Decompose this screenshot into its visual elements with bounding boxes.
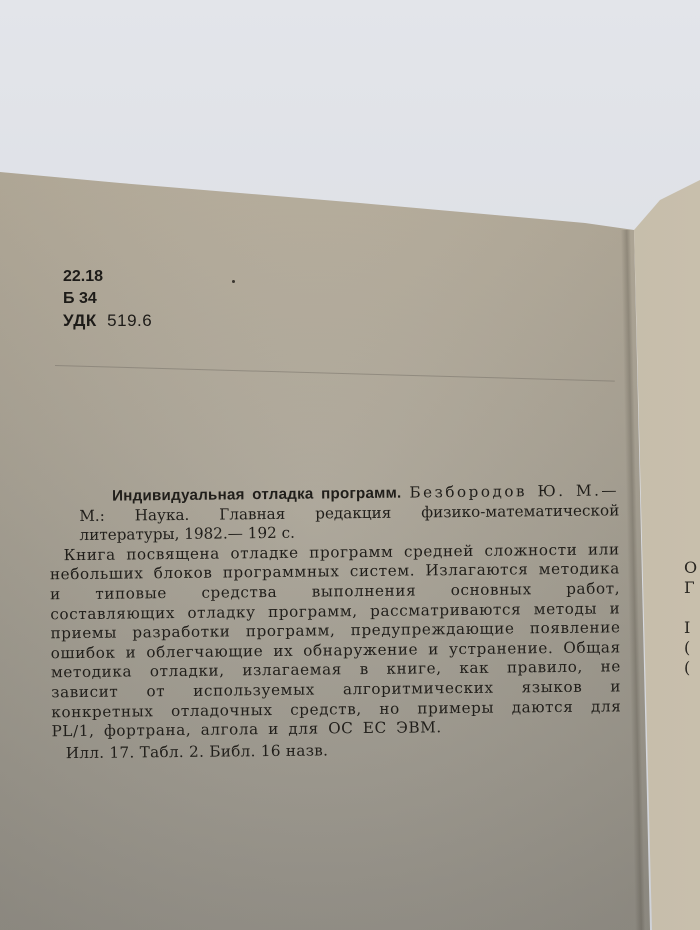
- bbk-index: 22.18: [63, 266, 152, 288]
- book-author: Безбородов Ю. М.—: [409, 481, 619, 501]
- book-title: Индивидуальная отладка программ.: [112, 485, 401, 505]
- book-left-page: [0, 0, 700, 930]
- year-pages: 1982.— 192 с.: [184, 524, 295, 543]
- bibliographic-entry: Индивидуальная отладка программ. Безборо…: [49, 481, 620, 546]
- annotation-text: Книга посвящена отладке программ средней…: [50, 540, 622, 742]
- udk-label: УДК: [63, 311, 97, 330]
- paper-speck: [232, 280, 235, 283]
- author-mark: Б 34: [63, 288, 152, 310]
- facing-page-text-fragment: ОГI((: [684, 558, 700, 678]
- classification-block: 22.18 Б 34 УДК 519.6: [63, 266, 152, 332]
- publisher-line: М.: Наука. Главная редакция физико-матем…: [79, 501, 619, 544]
- udk-line: УДК 519.6: [63, 310, 152, 332]
- udk-value: 519.6: [107, 311, 152, 330]
- bibliographic-abstract: Индивидуальная отладка программ. Безборо…: [79, 481, 622, 763]
